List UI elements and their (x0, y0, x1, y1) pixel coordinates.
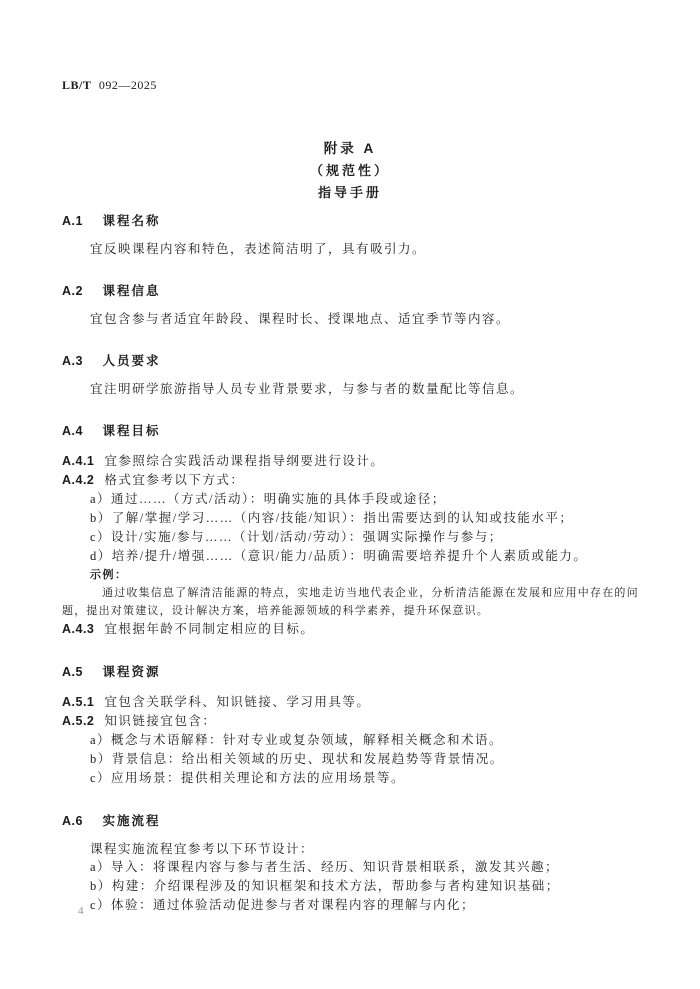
list-item: c）体验：通过体验活动促进参与者对课程内容的理解与内化； (62, 896, 640, 915)
clause-text: 宜根据年龄不同制定相应的目标。 (104, 622, 314, 636)
page-number: 4 (78, 905, 84, 917)
appendix-normative-label: （规范性） (0, 160, 700, 182)
section-heading-a6: A.6 实施流程 (62, 812, 640, 830)
document-page: LB/T 092—2025 附录 A （规范性） 指导手册 A.1 课程名称 宜… (0, 0, 700, 989)
appendix-title-block: 附录 A （规范性） 指导手册 (0, 138, 700, 204)
clause-number: A.4.1 (62, 454, 94, 468)
clause-number: A.5.2 (62, 714, 94, 728)
section-paragraph: 宜反映课程内容和特色，表述简洁明了，具有吸引力。 (62, 240, 640, 258)
list-item: d）培养/提升/增强……（意识/能力/品质）：明确需要培养提升个人素质或能力。 (62, 547, 640, 566)
example-text: 通过收集信息了解清洁能源的特点，实地走访当地代表企业，分析清洁能源在发展和应用中… (62, 584, 640, 620)
section-number: A.1 (62, 214, 83, 228)
section-paragraph: 宜注明研学旅游指导人员专业背景要求，与参与者的数量配比等信息。 (62, 380, 640, 398)
clause-number: A.5.1 (62, 695, 94, 709)
clause-a4-2: A.4.2格式宜参考以下方式： (62, 471, 640, 490)
clause-a4-3: A.4.3宜根据年龄不同制定相应的目标。 (62, 620, 640, 639)
list-item: b）背景信息：给出相关领域的历史、现状和发展趋势等背景情况。 (62, 750, 640, 769)
list-item: c）应用场景：提供相关理论和方法的应用场景等。 (62, 769, 640, 788)
example-label: 示例： (62, 566, 640, 584)
section-title: 实施流程 (102, 814, 160, 828)
section-number: A.5 (62, 665, 83, 679)
standard-number: 092—2025 (99, 78, 157, 92)
section-number: A.4 (62, 424, 83, 438)
list-item: b）了解/掌握/学习……（内容/技能/知识）：指出需要达到的认知或技能水平； (62, 509, 640, 528)
clause-a4-1: A.4.1宜参照综合实践活动课程指导纲要进行设计。 (62, 452, 640, 471)
appendix-subtitle: 指导手册 (0, 182, 700, 204)
document-body: A.1 课程名称 宜反映课程内容和特色，表述简洁明了，具有吸引力。 A.2 课程… (62, 212, 640, 915)
standard-code: LB/T (62, 78, 91, 92)
section-title: 课程名称 (102, 214, 160, 228)
section-heading-a5: A.5 课程资源 (62, 663, 640, 681)
clause-a5-1: A.5.1宜包含关联学科、知识链接、学习用具等。 (62, 693, 640, 712)
clause-text: 宜包含关联学科、知识链接、学习用具等。 (104, 695, 370, 709)
clause-text: 宜参照综合实践活动课程指导纲要进行设计。 (104, 454, 384, 468)
section-number: A.6 (62, 814, 83, 828)
list-item: a）导入：将课程内容与参与者生活、经历、知识背景相联系，激发其兴趣； (62, 858, 640, 877)
appendix-title: 附录 A (0, 138, 700, 160)
section-title: 人员要求 (102, 354, 160, 368)
clause-text: 格式宜参考以下方式： (104, 473, 244, 487)
standard-number-header: LB/T 092—2025 (62, 78, 157, 93)
clause-a5-2: A.5.2知识链接宜包含： (62, 712, 640, 731)
clause-text: 知识链接宜包含： (104, 714, 216, 728)
list-item: a）通过……（方式/活动）：明确实施的具体手段或途径； (62, 490, 640, 509)
list-item: b）构建：介绍课程涉及的知识框架和技术方法，帮助参与者构建知识基础； (62, 877, 640, 896)
section-intro: 课程实施流程宜参考以下环节设计： (62, 840, 640, 858)
section-number: A.2 (62, 284, 83, 298)
section-paragraph: 宜包含参与者适宜年龄段、课程时长、授课地点、适宜季节等内容。 (62, 310, 640, 328)
clause-number: A.4.3 (62, 622, 94, 636)
section-heading-a3: A.3 人员要求 (62, 352, 640, 370)
section-title: 课程资源 (102, 665, 160, 679)
section-title: 课程信息 (102, 284, 160, 298)
section-number: A.3 (62, 354, 83, 368)
section-title: 课程目标 (102, 424, 160, 438)
list-item: a）概念与术语解释：针对专业或复杂领域，解释相关概念和术语。 (62, 731, 640, 750)
clause-number: A.4.2 (62, 473, 94, 487)
section-heading-a4: A.4 课程目标 (62, 422, 640, 440)
section-heading-a2: A.2 课程信息 (62, 282, 640, 300)
section-heading-a1: A.1 课程名称 (62, 212, 640, 230)
list-item: c）设计/实施/参与……（计划/活动/劳动）：强调实际操作与参与； (62, 528, 640, 547)
